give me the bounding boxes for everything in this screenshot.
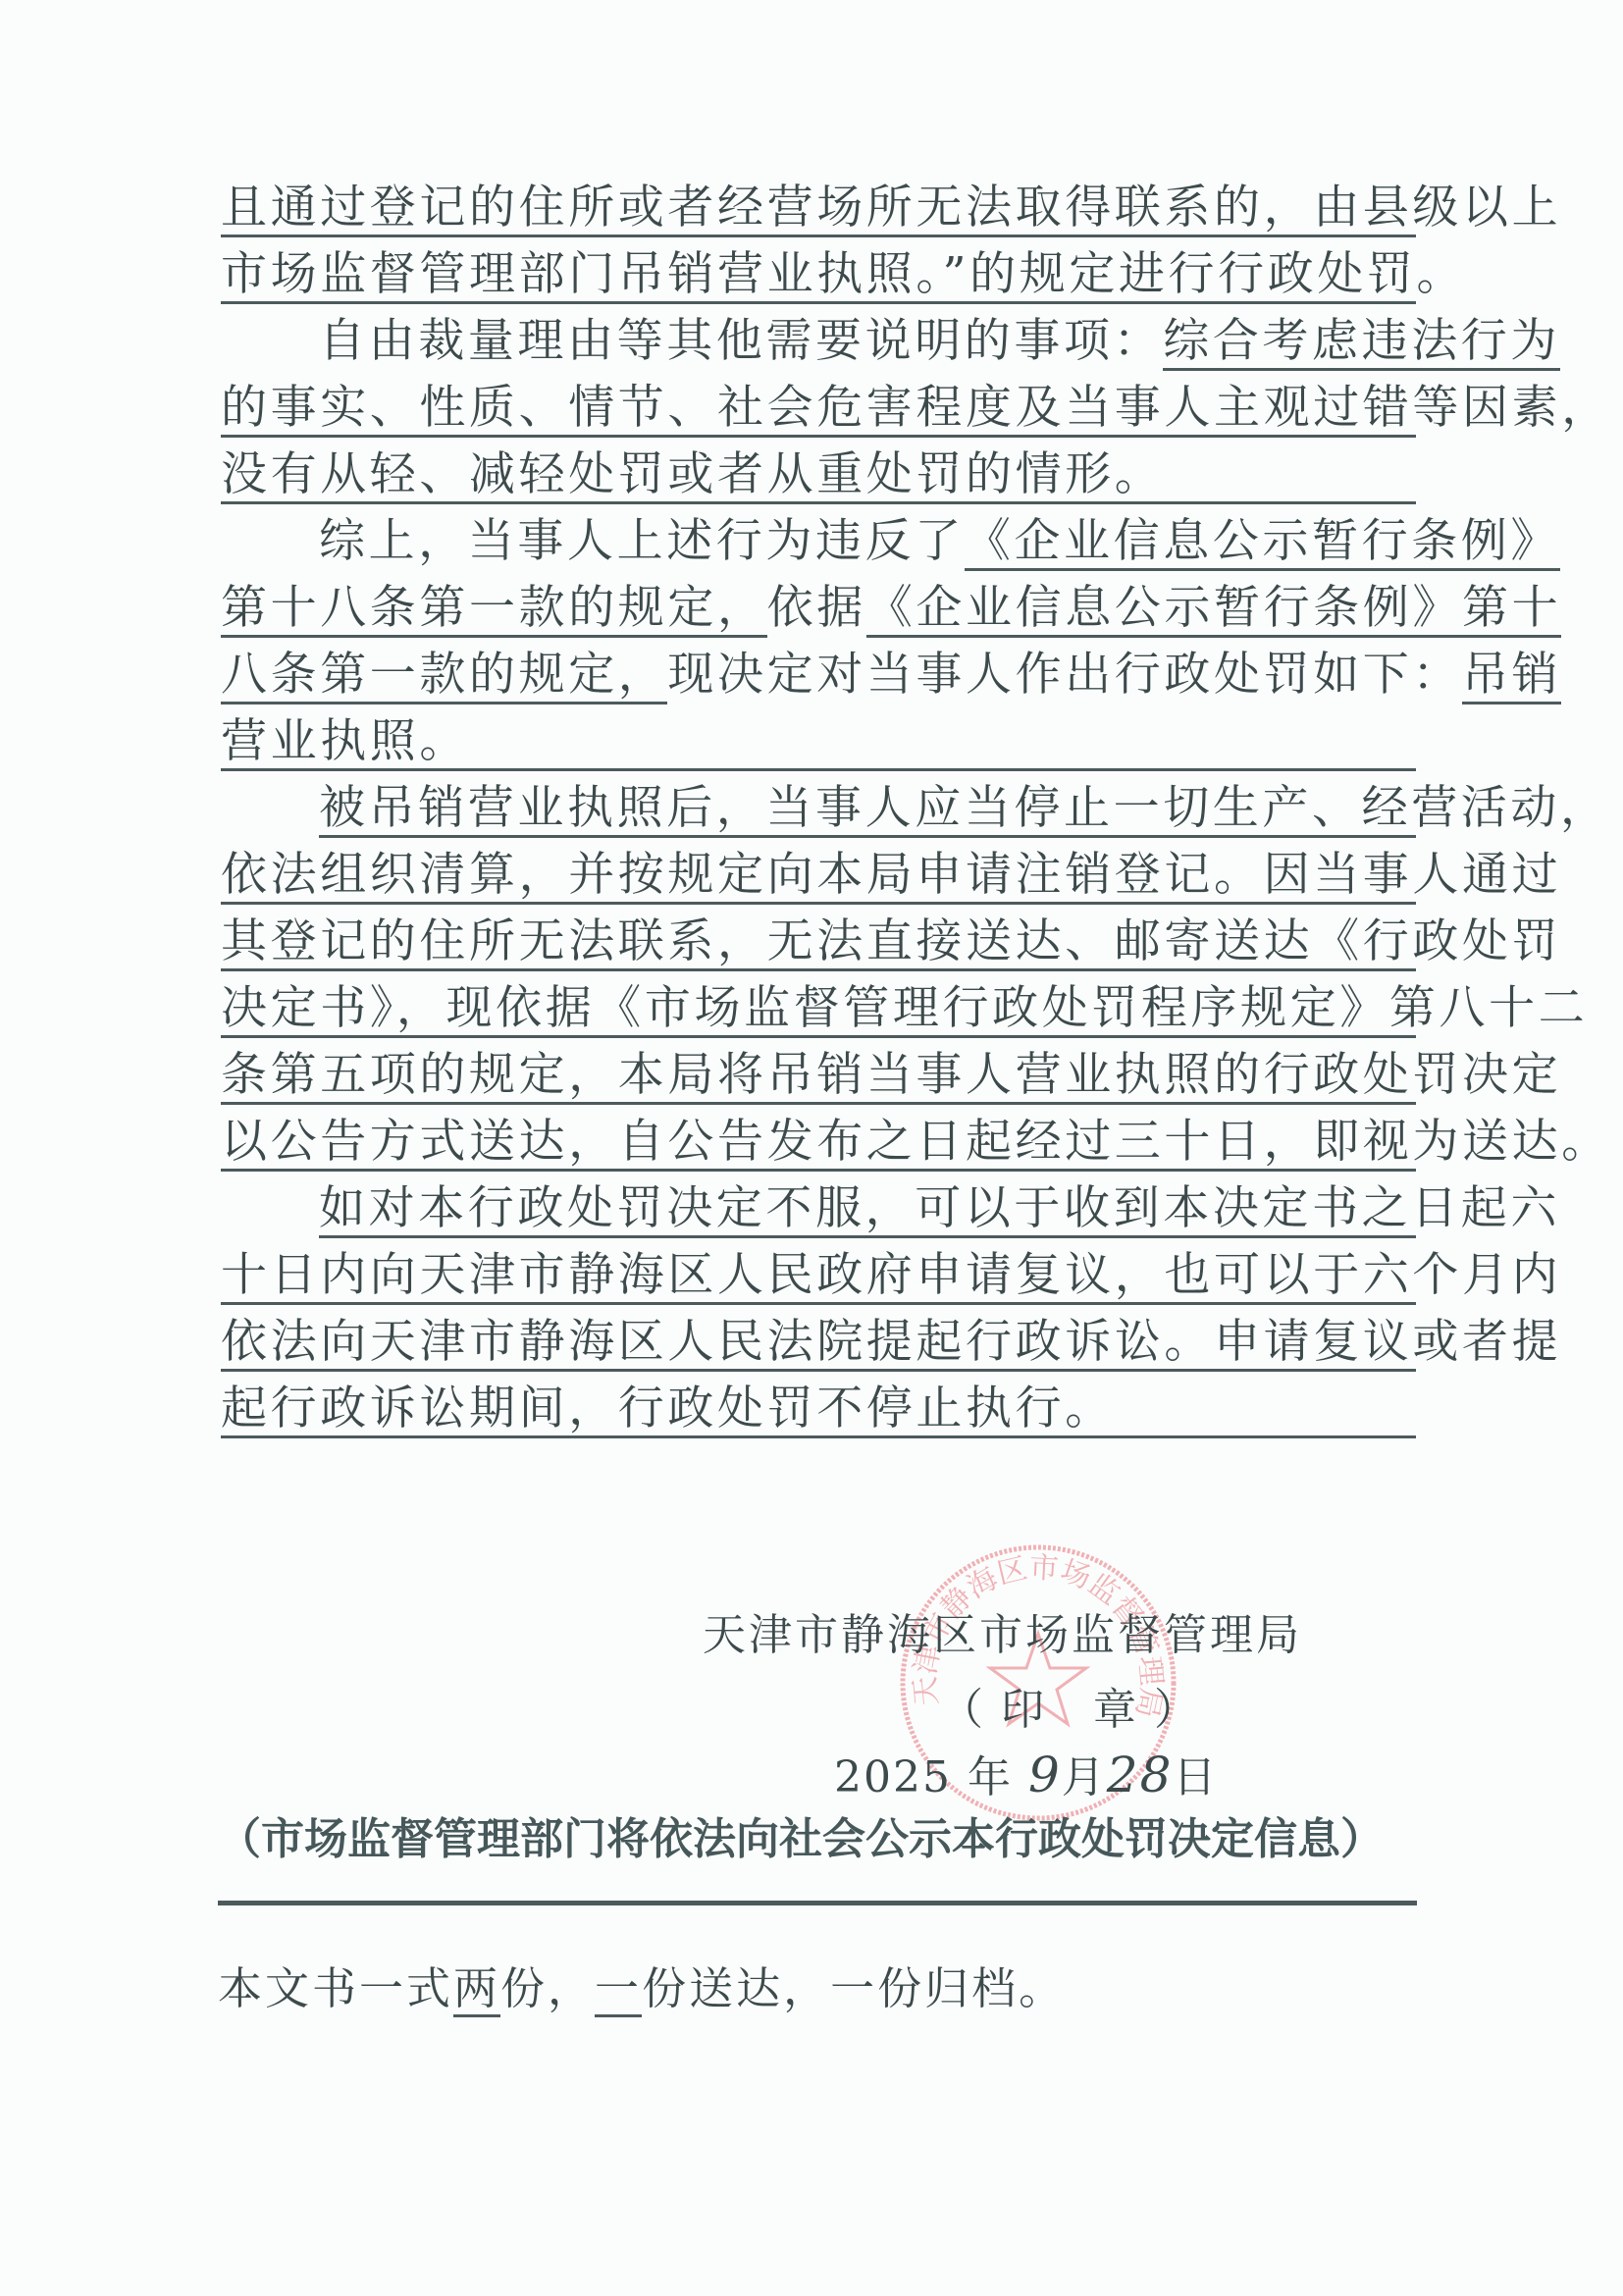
line-text: 依法组织清算，并按规定向本局申请注销登记。因当事人通过 xyxy=(221,848,1561,902)
copies-text: 份， xyxy=(500,1962,595,2014)
text-line: 被吊销营业执照后，当事人应当停止一切生产、经营活动， xyxy=(221,775,1416,842)
line-text: 其登记的住所无法联系，无法直接送达、邮寄送达《行政处罚 xyxy=(221,914,1561,968)
underline xyxy=(319,835,1416,838)
field-value: 综合考虑违法行为 xyxy=(1163,314,1560,371)
text-line: 起行政诉讼期间，行政处罚不停止执行。 xyxy=(221,1376,1416,1442)
regulation-name: 《企业信息公示暂行条例》第十 xyxy=(866,581,1561,638)
underline xyxy=(221,1102,1416,1105)
text-line: 营业执照。 xyxy=(221,708,1416,775)
line-text: 起行政诉讼期间，行政处罚不停止执行。 xyxy=(221,1382,1115,1435)
article-reference: 八条第一款的规定， xyxy=(221,648,667,704)
underline xyxy=(221,768,1416,771)
line-text: 市场监督管理部门吊销营业执照。”的规定进行行政处罚。 xyxy=(221,247,1466,301)
text-line: 条第五项的规定，本局将吊销当事人营业执照的行政处罚决定 xyxy=(221,1042,1416,1109)
line-text: 现决定对当事人作出行政处罚如下： xyxy=(667,648,1462,702)
underline xyxy=(221,1169,1416,1172)
line-text: 十日内向天津市静海区人民政府申请复议，也可以于六个月内 xyxy=(221,1248,1561,1302)
seal-close: ） xyxy=(1154,1685,1215,1735)
penalty: 吊销 xyxy=(1462,648,1561,704)
decision-body: 且通过登记的住所或者经营场所无法取得联系的，由县级以上 市场监督管理部门吊销营业… xyxy=(221,175,1416,1442)
line-text: 条第五项的规定，本局将吊销当事人营业执照的行政处罚决定 xyxy=(221,1048,1561,1102)
line-text: 以公告方式送达，自公告发布之日起经过三十日，即视为送达。 xyxy=(221,1115,1611,1169)
issuing-authority: 天津市静海区市场监督管理局 xyxy=(703,1599,1302,1662)
article-reference: 第十八条第一款的规定， xyxy=(221,581,767,638)
copies-text: 份送达，一份归档。 xyxy=(642,1962,1066,2014)
delivered-count: 一 xyxy=(595,1962,642,2017)
underline xyxy=(319,1235,1416,1238)
underline xyxy=(221,301,1416,304)
line-text: 决定书》，现依据《市场监督管理行政处罚程序规定》第八十二 xyxy=(221,981,1588,1035)
line-text: 没有从轻、减轻处罚或者从重处罚的情形。 xyxy=(221,447,1164,501)
line-text: 如对本行政处罚决定不服，可以于收到本决定书之日起六 xyxy=(319,1181,1560,1235)
text-line: 的事实、性质、情节、社会危害程度及当事人主观过错等因素， xyxy=(221,375,1416,442)
field-label: 自由裁量理由等其他需要说明的事项： xyxy=(319,314,1163,368)
text-line: 没有从轻、减轻处罚或者从重处罚的情形。 xyxy=(221,442,1416,508)
line-text: 且通过登记的住所或者经营场所无法取得联系的，由县级以上 xyxy=(221,181,1561,235)
text-line: 第十八条第一款的规定，依据《企业信息公示暂行条例》第十 xyxy=(221,575,1416,642)
line-text: 依据 xyxy=(767,581,866,635)
document-page: 且通过登记的住所或者经营场所无法取得联系的，由县级以上 市场监督管理部门吊销营业… xyxy=(0,0,1623,2296)
text-line: 其登记的住所无法联系，无法直接送达、邮寄送达《行政处罚 xyxy=(221,909,1416,975)
underline xyxy=(221,435,1416,438)
text-line: 以公告方式送达，自公告发布之日起经过三十日，即视为送达。 xyxy=(221,1109,1416,1175)
date-month-unit: 月 xyxy=(1062,1752,1107,1802)
copies-note: 本文书一式两份，一份送达，一份归档。 xyxy=(218,1953,1066,2016)
seal-open: （ xyxy=(940,1685,1001,1735)
text-line: 依法组织清算，并按规定向本局申请注销登记。因当事人通过 xyxy=(221,842,1416,909)
public-disclosure-notice: （市场监督管理部门将依法向社会公示本行政处罚决定信息） xyxy=(218,1803,1384,1866)
underline xyxy=(221,1302,1416,1305)
date-month: 9 xyxy=(1028,1747,1062,1803)
text-line: 自由裁量理由等其他需要说明的事项：综合考虑违法行为 xyxy=(221,308,1416,375)
underline xyxy=(221,1369,1416,1372)
line-text: 被吊销营业执照后，当事人应当停止一切生产、经营活动， xyxy=(319,781,1610,835)
underline xyxy=(221,902,1416,905)
line-text: 的事实、性质、情节、社会危害程度及当事人主观过错等因素， xyxy=(221,381,1611,435)
date-day: 28 xyxy=(1107,1747,1174,1803)
text-line: 综上，当事人上述行为违反了《企业信息公示暂行条例》 xyxy=(221,508,1416,575)
text-line: 十日内向天津市静海区人民政府申请复议，也可以于六个月内 xyxy=(221,1242,1416,1309)
penalty: 营业执照。 xyxy=(221,714,469,768)
text-line: 如对本行政处罚决定不服，可以于收到本决定书之日起六 xyxy=(221,1175,1416,1242)
date-year: 2025 xyxy=(834,1752,952,1802)
date-year-unit: 年 xyxy=(968,1752,1013,1802)
text-line: 八条第一款的规定，现决定对当事人作出行政处罚如下：吊销 xyxy=(221,642,1416,708)
text-line: 且通过登记的住所或者经营场所无法取得联系的，由县级以上 xyxy=(221,175,1416,241)
underline xyxy=(221,1435,1416,1438)
copies-text: 本文书一式 xyxy=(218,1962,453,2014)
text-line: 市场监督管理部门吊销营业执照。”的规定进行行政处罚。 xyxy=(221,241,1416,308)
underline xyxy=(221,235,1416,237)
line-text: 综上，当事人上述行为违反了 xyxy=(319,514,965,568)
text-line: 决定书》，现依据《市场监督管理行政处罚程序规定》第八十二 xyxy=(221,975,1416,1042)
date-day-unit: 日 xyxy=(1173,1752,1218,1802)
seal-label: （印 章） xyxy=(940,1674,1215,1737)
copies-count: 两 xyxy=(453,1962,500,2017)
underline xyxy=(221,968,1416,971)
separator-rule xyxy=(218,1901,1417,1905)
underline xyxy=(221,1035,1416,1038)
regulation-name: 《企业信息公示暂行条例》 xyxy=(965,514,1560,571)
underline xyxy=(221,501,1416,504)
line-text: 依法向天津市静海区人民法院提起行政诉讼。申请复议或者提 xyxy=(221,1315,1561,1369)
seal-text: 印 章 xyxy=(1001,1685,1154,1735)
decision-date: 2025 年 9月28日 xyxy=(834,1742,1218,1804)
text-line: 依法向天津市静海区人民法院提起行政诉讼。申请复议或者提 xyxy=(221,1309,1416,1376)
